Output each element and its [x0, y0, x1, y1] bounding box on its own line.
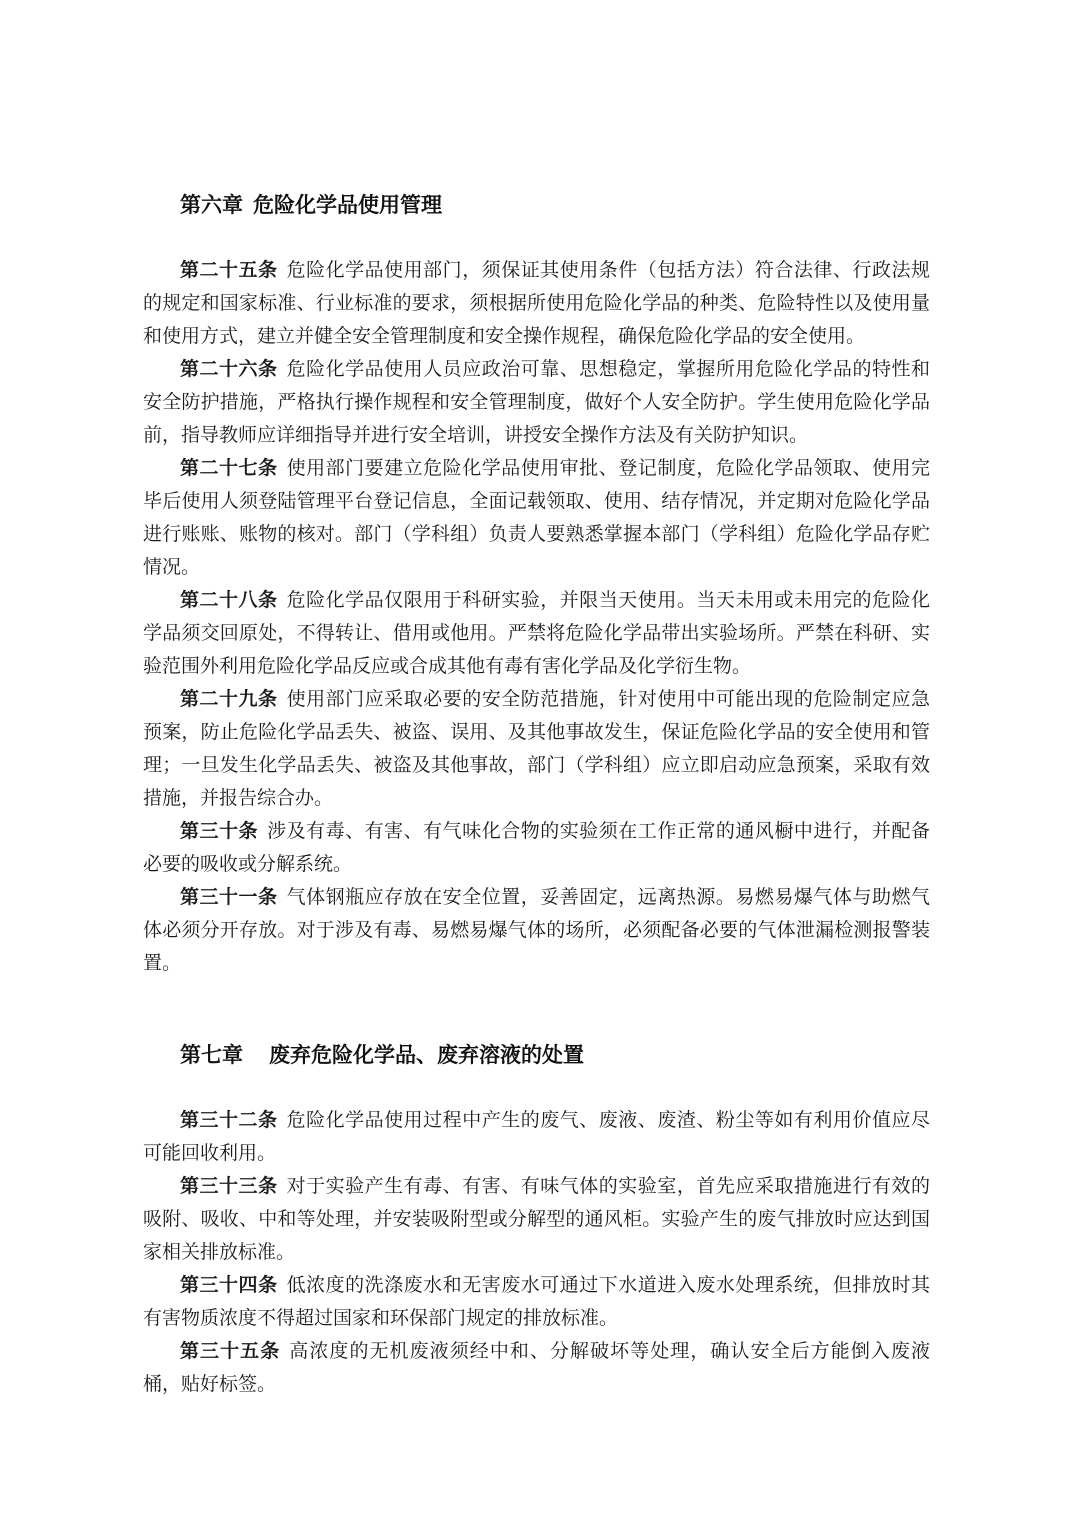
article-26: 第二十六条危险化学品使用人员应政治可靠、思想稳定，掌握所用危险化学品的特性和安全…: [143, 353, 930, 452]
chapter-6-title: 危险化学品使用管理: [253, 194, 442, 217]
article-33-number: 第三十三条: [180, 1176, 278, 1197]
article-27-number: 第二十七条: [180, 458, 278, 479]
chapter-6-number: 第六章: [180, 194, 243, 217]
article-30-text: 涉及有毒、有害、有气味化合物的实验须在工作正常的通风橱中进行，并配备必要的吸收或…: [143, 821, 930, 875]
article-35: 第三十五条高浓度的无机废液须经中和、分解破坏等处理，确认安全后方能倒入废液桶，贴…: [143, 1335, 930, 1401]
article-31: 第三十一条气体钢瓶应存放在安全位置，妥善固定，远离热源。易燃易爆气体与助燃气体必…: [143, 881, 930, 980]
article-26-number: 第二十六条: [180, 359, 278, 380]
article-33: 第三十三条对于实验产生有毒、有害、有味气体的实验室，首先应采取措施进行有效的吸附…: [143, 1170, 930, 1269]
article-32: 第三十二条危险化学品使用过程中产生的废气、废液、废渣、粉尘等如有利用价值应尽可能…: [143, 1104, 930, 1170]
chapter-7-heading: 第七章废弃危险化学品、废弃溶液的处置: [143, 1040, 930, 1072]
article-32-number: 第三十二条: [180, 1110, 278, 1131]
chapter-7-number: 第七章: [180, 1044, 243, 1067]
article-30: 第三十条涉及有毒、有害、有气味化合物的实验须在工作正常的通风橱中进行，并配备必要…: [143, 815, 930, 881]
article-25-number: 第二十五条: [180, 260, 278, 281]
article-29-number: 第二十九条: [180, 689, 278, 710]
article-28: 第二十八条危险化学品仅限用于科研实验，并限当天使用。当天未用或未用完的危险化学品…: [143, 584, 930, 683]
article-28-number: 第二十八条: [180, 590, 278, 611]
article-25: 第二十五条危险化学品使用部门，须保证其使用条件（包括方法）符合法律、行政法规的规…: [143, 254, 930, 353]
article-31-number: 第三十一条: [180, 887, 278, 908]
article-30-number: 第三十条: [180, 821, 258, 842]
chapter-6-heading: 第六章危险化学品使用管理: [143, 190, 930, 222]
chapter-7-title: 废弃危险化学品、废弃溶液的处置: [269, 1044, 584, 1067]
article-34-number: 第三十四条: [180, 1275, 278, 1296]
article-35-number: 第三十五条: [180, 1341, 280, 1362]
article-34: 第三十四条低浓度的洗涤废水和无害废水可通过下水道进入废水处理系统，但排放时其有害…: [143, 1269, 930, 1335]
article-29: 第二十九条使用部门应采取必要的安全防范措施，针对使用中可能出现的危险制定应急预案…: [143, 683, 930, 815]
article-27: 第二十七条使用部门要建立危险化学品使用审批、登记制度，危险化学品领取、使用完毕后…: [143, 452, 930, 584]
document-page: 第六章危险化学品使用管理 第二十五条危险化学品使用部门，须保证其使用条件（包括方…: [0, 0, 1074, 1520]
